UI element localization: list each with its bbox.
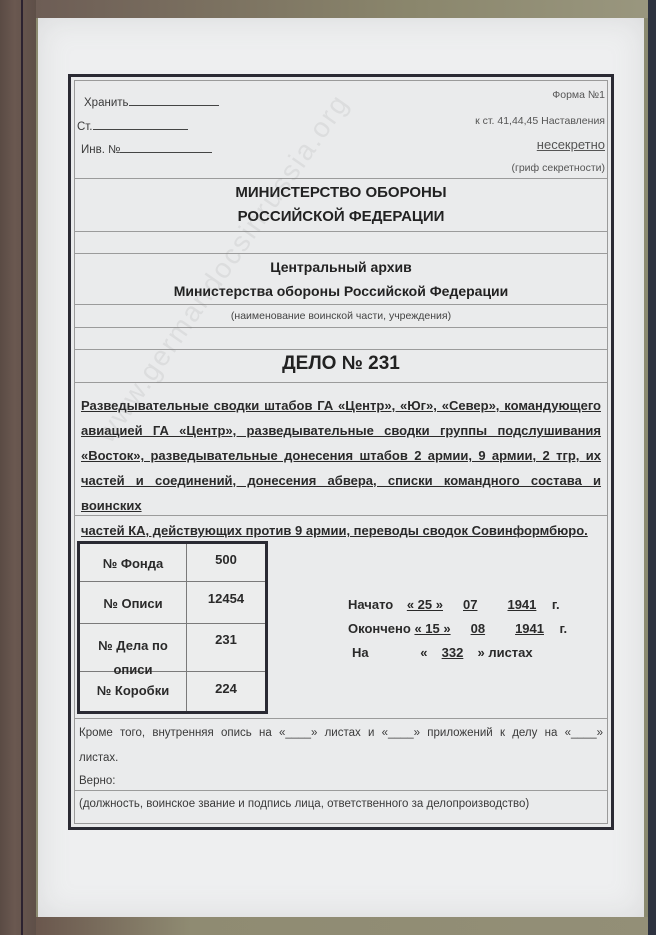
sheets-suffix: » листах [477,645,532,660]
regulation-reference: к ст. 41,44,45 Наставления [475,115,605,127]
folder-edge-top [36,0,656,18]
ended-year: 1941 [515,621,544,636]
case-title: ДЕЛО № 231 [75,353,607,375]
sheets-count: 332 [427,645,477,660]
store-field: Хранить [84,95,219,109]
started-date: Начато « 25 »071941г. [348,597,560,612]
article-field: Ст. [77,119,188,133]
description-line: частей КА, действующих против 9 армии, п… [81,518,601,543]
description-line: авиацией ГА «Центр», разведывательные св… [81,418,601,443]
fond-value: 500 [187,552,265,567]
store-blank [129,95,219,106]
fond-label: № Фонда [80,556,186,571]
year-suffix: г. [552,597,560,612]
classification-caption: (гриф секретности) [512,162,605,174]
description-line: Разведывательные сводки штабов ГА «Центр… [81,393,601,418]
folder-edge-right [648,0,656,935]
ended-date-value: « 15 »081941 [414,621,559,636]
archive-line-2: Министерства обороны Российской Федераци… [75,283,607,299]
binding-stitch [21,0,23,935]
started-label: Начато [348,597,393,612]
divider [75,327,607,328]
opis-value: 12454 [187,591,265,606]
box-label: № Коробки [80,683,186,698]
case-description: Разведывательные сводки штабов ГА «Центр… [81,393,601,543]
inventory-blank [120,142,212,153]
divider [75,718,607,719]
ministry-line-2: РОССИЙСКОЙ ФЕДЕРАЦИИ [75,208,607,225]
sheets-count-field: На «332» листах [352,645,533,660]
divider [75,349,607,350]
cover-form-frame: Хранить Ст. Инв. № Форма №1 к ст. 41,44,… [68,74,614,830]
folder-edge-bottom [36,917,656,935]
delo-value: 231 [187,632,265,647]
classification-stamp: несекретно [537,137,605,152]
divider [75,515,607,516]
ministry-line-1: МИНИСТЕРСТВО ОБОРОНЫ [75,184,607,201]
article-blank [93,119,188,130]
ended-day: « 15 » [414,621,450,636]
started-date-value: « 25 »071941 [407,597,552,612]
internal-inventory-note-cont: листах. [79,752,118,764]
verified-label: Верно: [79,775,115,787]
table-row-divider [80,623,265,624]
ended-month: 08 [471,621,485,636]
divider [75,178,607,179]
archive-reference-table: № Фонда 500 № Описи 12454 № Дела по опис… [77,541,268,714]
started-month: 07 [463,597,477,612]
folder-binding [0,0,36,935]
started-day: « 25 » [407,597,443,612]
started-year: 1941 [507,597,536,612]
year-suffix: г. [559,621,567,636]
delo-label: № Дела по описи [86,634,180,682]
divider [75,231,607,232]
opis-label: № Описи [80,596,186,611]
description-line: «Восток», разведывательные донесения шта… [81,443,601,468]
divider [75,253,607,254]
table-row-divider [80,581,265,582]
divider [75,304,607,305]
form-number: Форма №1 [552,89,605,101]
sheets-open-quote: « [420,645,427,660]
divider [75,790,607,791]
divider [75,382,607,383]
store-label: Хранить [84,97,129,109]
sheets-label: На [352,645,369,660]
ended-label: Окончено [348,621,411,636]
inventory-field: Инв. № [81,142,212,156]
ended-date: Окончено « 15 »081941г. [348,621,567,636]
internal-inventory-note: Кроме того, внутренняя опись на «____» л… [79,727,603,739]
box-value: 224 [187,681,265,696]
archive-line-1: Центральный архив [75,259,607,275]
signature-caption: (должность, воинское звание и подпись ли… [79,798,529,810]
inventory-label: Инв. № [81,144,120,156]
description-line: частей и соединений, донесения абвера, с… [81,468,601,518]
article-label: Ст. [77,121,93,133]
archive-caption: (наименование воинской части, учреждения… [75,310,607,322]
